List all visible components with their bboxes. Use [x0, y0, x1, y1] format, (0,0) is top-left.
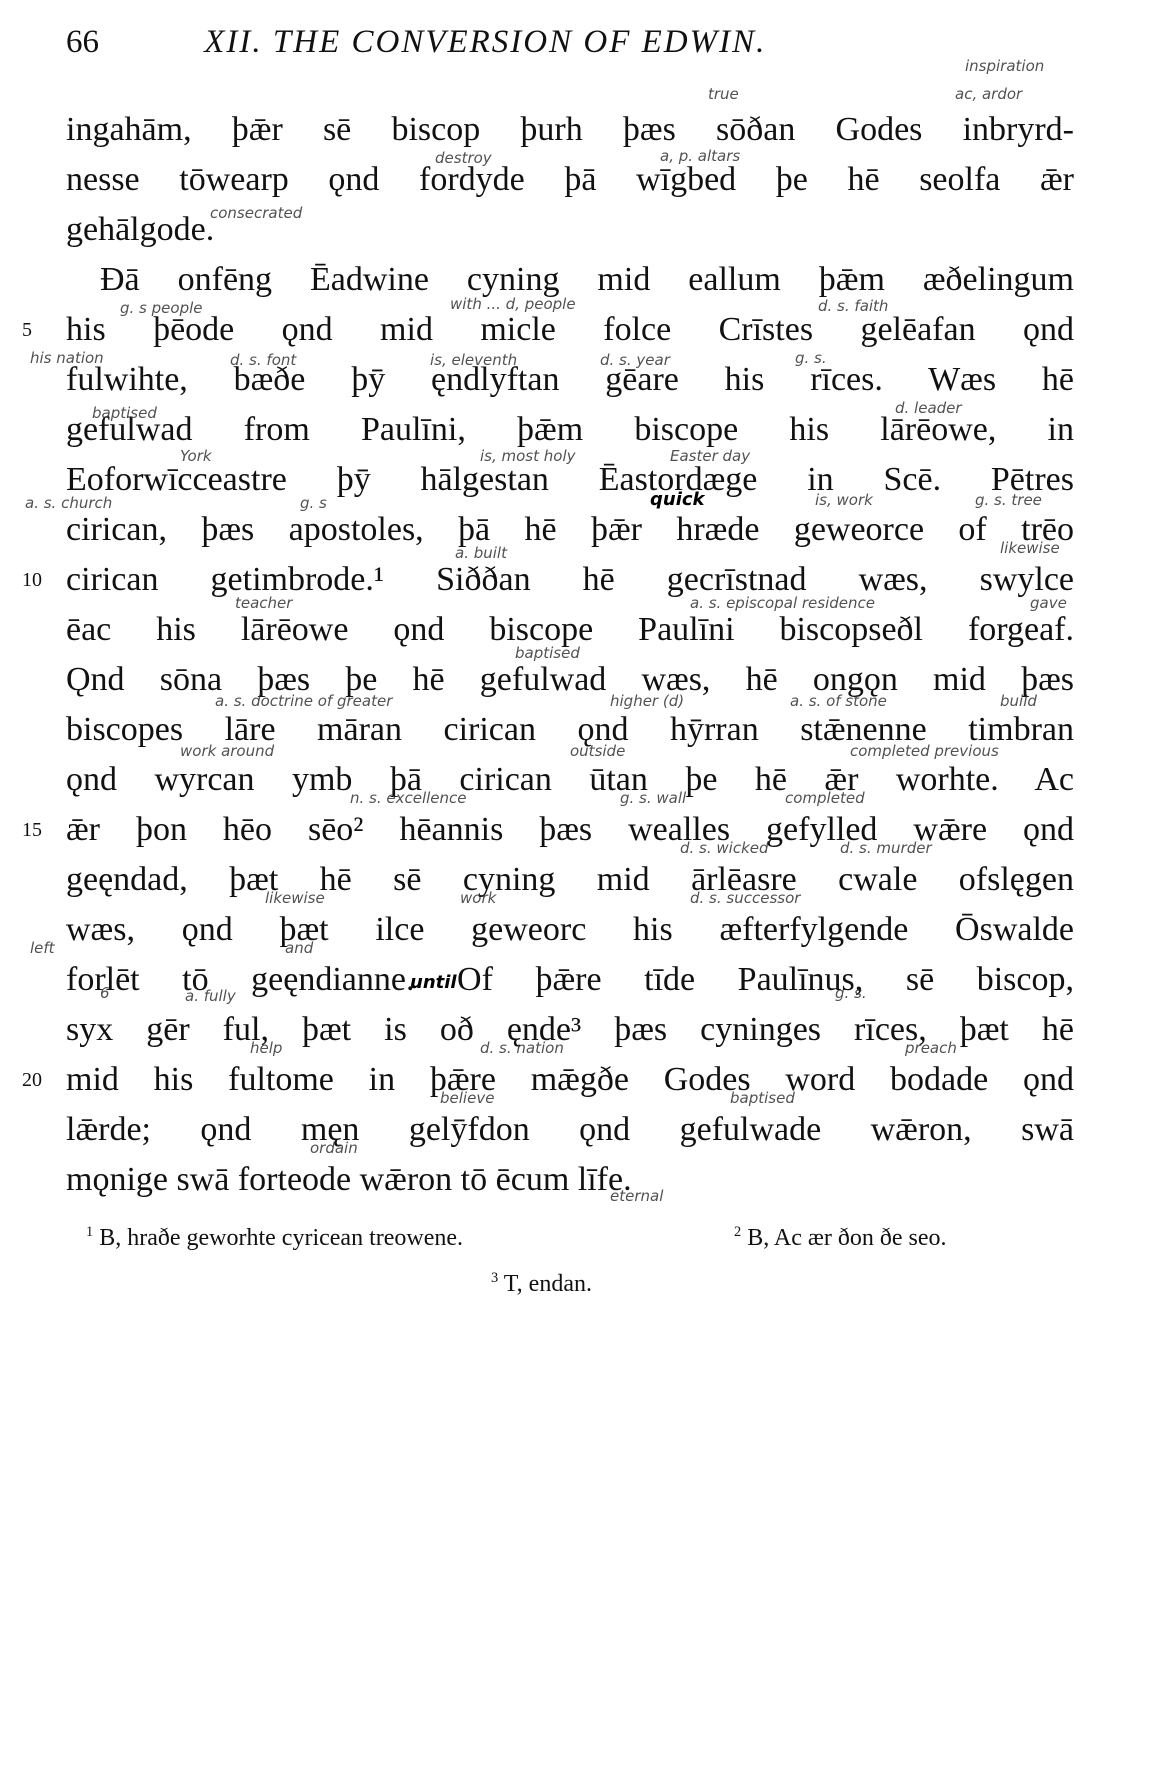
handwritten-annotation: destroy [435, 150, 492, 166]
handwritten-annotation: a. s. episcopal residence [690, 595, 875, 611]
footnote-3: 3 T, endan. [491, 1261, 592, 1307]
line-number: 20 [22, 1055, 52, 1105]
handwritten-annotation: d. s. faith [818, 298, 888, 314]
handwritten-annotation: until [410, 975, 457, 991]
handwritten-annotation: baptised [515, 645, 580, 661]
footnote-1: 1 B, hraðe geworhte cyricean treowene. [86, 1215, 463, 1261]
handwritten-annotation: ac, ardor [955, 86, 1022, 102]
footnotes: 1 B, hraðe geworhte cyricean treowene. 2… [66, 1215, 1074, 1307]
handwritten-annotation: York [180, 448, 212, 464]
handwritten-annotation: d. s. murder [840, 840, 932, 856]
handwritten-annotation: higher (d) [610, 693, 684, 709]
handwritten-annotation: n. s. excellence [350, 790, 467, 806]
line-text: ǫnd wyrcan ymb þā cirican ūtan þe hē ǣr … [66, 761, 1074, 798]
line-text: cirican, þæs apostoles, þā hē þǣr hræde … [66, 511, 1074, 548]
handwritten-annotation: help [250, 1040, 282, 1056]
text-line: 10cirican getimbrode.¹ Siððan hē gecrīst… [66, 555, 1074, 605]
handwritten-annotation: preach [905, 1040, 957, 1056]
footnote-text: B, hraðe geworhte cyricean treowene. [99, 1225, 463, 1251]
handwritten-annotation: completed previous [850, 743, 999, 759]
handwritten-annotation: with ... d, people [450, 296, 576, 312]
handwritten-annotation: g. s people [120, 300, 203, 316]
handwritten-annotation: eternal [610, 1188, 663, 1204]
chapter-title: XII. THE CONVERSION OF EDWIN. [204, 22, 766, 62]
handwritten-annotation: teacher [235, 595, 292, 611]
footnote-2: 2 B, Ac ær ðon ðe seo. [734, 1215, 947, 1261]
line-number: 5 [22, 305, 52, 355]
line-text: ingahām, þǣr sē biscop þurh þæs sōðan Go… [66, 111, 1074, 148]
handwritten-annotation: believe [440, 1090, 494, 1106]
handwritten-annotation: d. leader [895, 400, 962, 416]
handwritten-annotation: is, most holy [480, 448, 576, 464]
handwritten-annotation: a. built [455, 545, 507, 561]
text-line: ingahām, þǣr sē biscop þurh þæs sōðan Go… [66, 105, 1074, 155]
handwritten-annotation: gave [1030, 595, 1067, 611]
handwritten-annotation: a. s. doctrine of greater [215, 693, 392, 709]
handwritten-annotation: consecrated [210, 205, 302, 221]
handwritten-annotation: likewise [1000, 540, 1060, 556]
footnote-text: B, Ac ær ðon ðe seo. [747, 1225, 946, 1251]
line-text: lǣrde; ǫnd męn gelȳfdon ǫnd gefulwade wǣ… [66, 1111, 1074, 1148]
text-line: fulwihte, bæðe þȳ ęndlyftan gēare his rī… [66, 355, 1074, 405]
line-text: mid his fultome in þǣre mǣgðe Godes word… [66, 1061, 1074, 1098]
handwritten-annotation: and [285, 940, 313, 956]
handwritten-annotation: Easter day [670, 448, 750, 464]
line-text: mǫnige swā forteode wǣron tō ēcum līfe. [66, 1161, 632, 1198]
handwritten-annotation: is, eleventh [430, 352, 517, 368]
line-text: geęndad, þæt hē sē cyning mid ārlēasre c… [66, 861, 1074, 898]
text-line: nesse tōwearp ǫnd fordyde þā wīgbed þe h… [66, 155, 1074, 205]
text-line: cirican, þæs apostoles, þā hē þǣr hræde … [66, 505, 1074, 555]
line-text: his þēode ǫnd mid micle folce Crīstes ge… [66, 311, 1074, 348]
line-text: gehālgode. [66, 211, 214, 248]
handwritten-annotation: his nation [30, 350, 104, 366]
handwritten-annotation: work around [180, 743, 274, 759]
footnote-marker: 1 [86, 1224, 93, 1240]
handwritten-annotation: left [30, 940, 55, 956]
handwritten-annotation: g. s. [835, 985, 867, 1001]
text-line: geęndad, þæt hē sē cyning mid ārlēasre c… [66, 855, 1074, 905]
handwritten-annotation: baptised [92, 405, 157, 421]
line-text: cirican getimbrode.¹ Siððan hē gecrīstna… [66, 561, 1074, 598]
page-number: 66 [66, 22, 196, 62]
handwritten-annotation: is, work [815, 492, 873, 508]
handwritten-annotation: g. s. [795, 350, 827, 366]
handwritten-annotation: d. s. font [230, 352, 296, 368]
text-line: wæs, ǫnd þæt ilce geweorc his æfterfylge… [66, 905, 1074, 955]
handwritten-annotation: d. s. year [600, 352, 670, 368]
line-text: fulwihte, bæðe þȳ ęndlyftan gēare his rī… [66, 361, 1074, 398]
footnote-marker: 3 [491, 1270, 498, 1286]
handwritten-annotation: g. s. wall [620, 790, 686, 806]
line-text: wæs, ǫnd þæt ilce geweorc his æfterfylge… [66, 911, 1074, 948]
handwritten-annotation: quick [650, 492, 705, 508]
handwritten-annotation: build [1000, 693, 1037, 709]
line-number: 10 [22, 555, 52, 605]
text-line: mǫnige swā forteode wǣron tō ēcum līfe. [66, 1155, 1074, 1205]
book-page: 66 XII. THE CONVERSION OF EDWIN. ingahām… [0, 0, 1158, 1782]
footnote-text: T, endan. [504, 1271, 592, 1297]
handwritten-annotation: likewise [265, 890, 325, 906]
handwritten-annotation: baptised [730, 1090, 795, 1106]
handwritten-annotation: d. s. nation [480, 1040, 564, 1056]
handwritten-annotation: inspiration [965, 58, 1044, 74]
handwritten-annotation: g. s. tree [975, 492, 1042, 508]
handwritten-annotation: work [460, 890, 496, 906]
handwritten-annotation: ordain [310, 1140, 358, 1156]
handwritten-annotation: 6 [100, 985, 110, 1001]
handwritten-annotation: completed [785, 790, 865, 806]
line-text: Eoforwīcceastre þȳ hālgestan Ēastordæge … [66, 461, 1074, 498]
line-text: Ðā onfēng Ēadwine cyning mid eallum þǣm … [100, 261, 1074, 298]
handwritten-annotation: outside [570, 743, 625, 759]
text-line: 20mid his fultome in þǣre mǣgðe Godes wo… [66, 1055, 1074, 1105]
handwritten-annotation: d. s. successor [690, 890, 800, 906]
line-number: 15 [22, 805, 52, 855]
text-line: lǣrde; ǫnd męn gelȳfdon ǫnd gefulwade wǣ… [66, 1105, 1074, 1155]
handwritten-annotation: g. s [300, 495, 327, 511]
handwritten-annotation: true [708, 86, 739, 102]
footnote-marker: 2 [734, 1224, 741, 1240]
handwritten-annotation: a. fully [185, 988, 236, 1004]
handwritten-annotation: d. s. wicked [680, 840, 769, 856]
running-head: 66 XII. THE CONVERSION OF EDWIN. [66, 22, 966, 62]
text-line: ǫnd wyrcan ymb þā cirican ūtan þe hē ǣr … [66, 755, 1074, 805]
handwritten-annotation: a. s. church [25, 495, 112, 511]
handwritten-annotation: a, p. altars [660, 148, 740, 164]
line-text: nesse tōwearp ǫnd fordyde þā wīgbed þe h… [66, 161, 1074, 198]
handwritten-annotation: a. s. of stone [790, 693, 887, 709]
line-text: ēac his lārēowe ǫnd biscope Paulīni bisc… [66, 611, 1074, 648]
